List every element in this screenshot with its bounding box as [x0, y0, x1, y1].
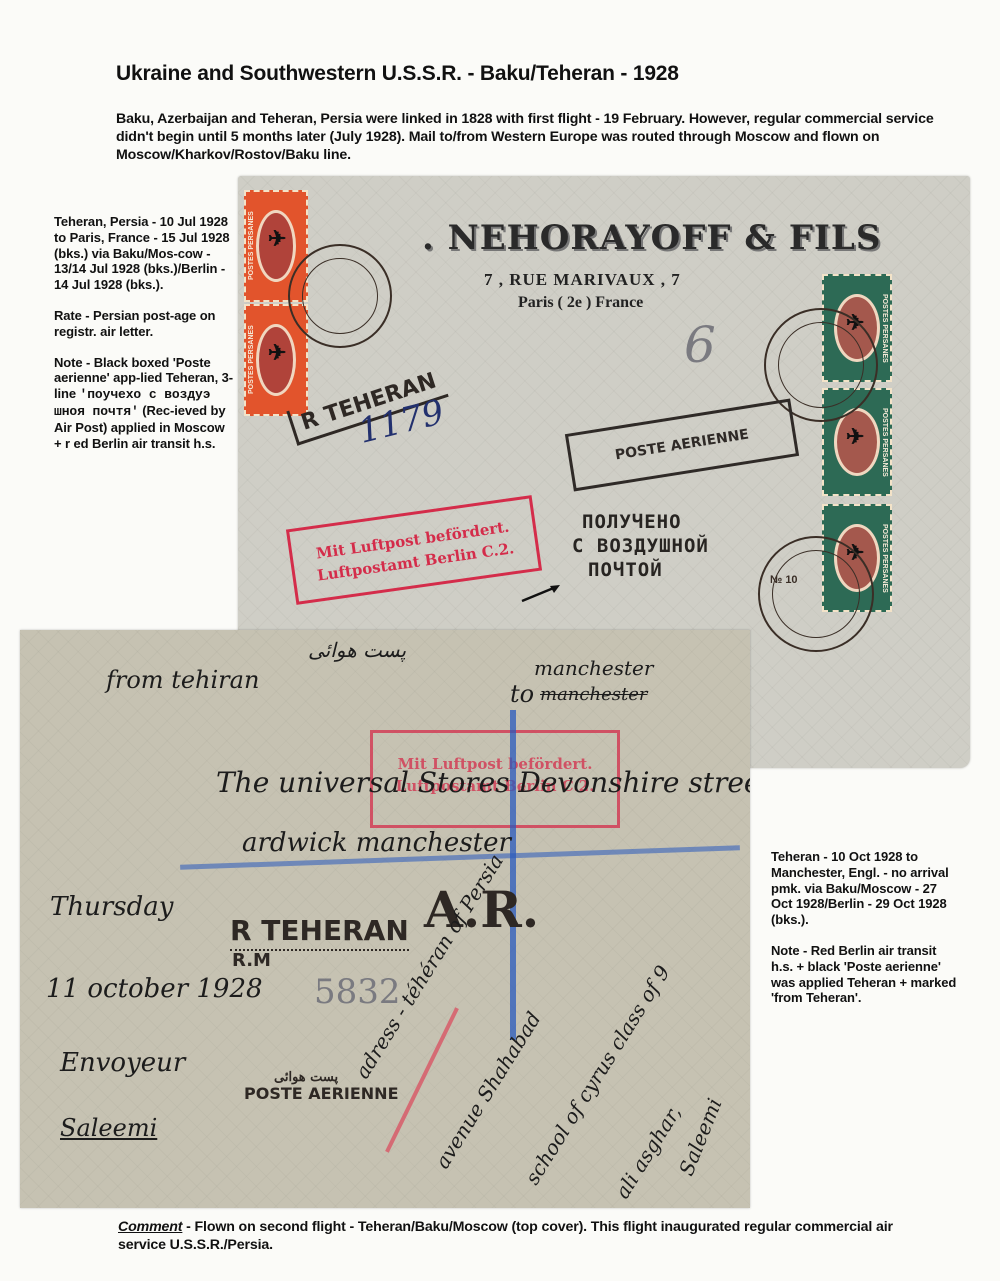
- address-line-2: Paris ( 2e ) France: [518, 294, 643, 312]
- to-label: to: [510, 680, 534, 708]
- postmark-number: № 10: [770, 574, 798, 586]
- day-label: Thursday: [50, 892, 173, 922]
- date-label: 11 october 1928: [46, 974, 263, 1004]
- comment: Comment - Flown on second flight - Teher…: [118, 1218, 918, 1254]
- stamp-label: POSTES PERSANES: [248, 198, 255, 294]
- addressee-line-1: The universal Stores Devonshire street.: [216, 766, 750, 799]
- stamp-label: POSTES PERSANES: [248, 312, 255, 408]
- page-title: Ukraine and Southwestern U.S.S.R. - Baku…: [116, 62, 679, 86]
- destination-struck: manchester: [540, 684, 647, 705]
- cyrillic-handstamp: ПОЛУЧЕНО С ВОЗДУШНОЙ ПОЧТОЙ: [572, 510, 709, 582]
- top-cover-route: Teheran, Persia - 10 Jul 1928 to Paris, …: [54, 214, 234, 293]
- cyrillic-line-1: ПОЛУЧЕНО: [572, 510, 709, 534]
- comment-text: - Flown on second flight - Teheran/Baku/…: [118, 1219, 893, 1253]
- addressee-line-2: ardwick manchester: [242, 828, 511, 858]
- blue-crayon-vertical: [510, 710, 516, 1040]
- stamp-label: POSTES PERSANES: [881, 396, 888, 488]
- letterhead: . NEHORAYOFF & FILS: [422, 218, 881, 258]
- cyrillic-line-3: ПОЧТОЙ: [572, 558, 709, 582]
- manuscript-number: 6: [684, 316, 716, 374]
- registration-sub: R.M: [232, 950, 271, 971]
- cyrillic-line-2: С ВОЗДУШНОЙ: [572, 534, 709, 558]
- stamp-label: POSTES PERSANES: [881, 512, 888, 604]
- bottom-cover-note: Note - Red Berlin air transit h.s. + bla…: [771, 943, 961, 1006]
- registration-number: 5832: [314, 972, 401, 1012]
- poste-aerienne-box: POSTE AERIENNE: [565, 399, 799, 492]
- registration-text: R TEHERAN: [230, 914, 409, 947]
- top-cover-rate: Rate - Persian post-age on registr. air …: [54, 308, 234, 340]
- left-notes: Teheran, Persia - 10 Jul 1928 to Paris, …: [54, 214, 234, 466]
- from-label: from tehiran: [106, 666, 259, 694]
- overprint-glyph: ✈: [846, 424, 864, 450]
- comment-label: Comment: [118, 1219, 182, 1235]
- top-cover-note: Note - Black boxed 'Poste aerienne' app-…: [54, 355, 234, 452]
- sender-label: Envoyeur: [60, 1048, 185, 1078]
- sender-name: Saleemi: [60, 1114, 157, 1142]
- poste-aerienne-handstamp: پست هوائی POSTE AERIENNE: [244, 1070, 399, 1102]
- postmark-teheran-right-bottom: № 10: [758, 536, 874, 652]
- return-address-line-5: Saleemi: [674, 1095, 727, 1179]
- overprint-glyph: ✈: [268, 340, 286, 366]
- postmark-teheran-left: [288, 244, 392, 348]
- stamp-label: POSTES PERSANES: [881, 282, 888, 374]
- return-address-line-4: ali asghar,: [610, 1101, 686, 1202]
- berlin-transit-handstamp: Mit Luftpost befördert. Luftpostamt Berl…: [286, 495, 542, 605]
- registration-label: R TEHERAN: [230, 914, 409, 951]
- bottom-cover-route: Teheran - 10 Oct 1928 to Manchester, Eng…: [771, 849, 961, 928]
- bottom-cover: from tehiran پست هوائی to manchester man…: [20, 630, 750, 1208]
- overprint-glyph: ✈: [268, 226, 286, 252]
- destination-corrected: manchester: [534, 656, 653, 680]
- arrow-icon: [520, 582, 562, 604]
- persian-script: پست هوائی: [308, 638, 406, 662]
- address-line-1: 7 , RUE MARIVAUX , 7: [484, 270, 681, 290]
- intro-paragraph: Baku, Azerbaijan and Teheran, Persia wer…: [116, 110, 936, 164]
- right-notes: Teheran - 10 Oct 1928 to Manchester, Eng…: [771, 849, 961, 1021]
- poste-aerienne-text: POSTE AERIENNE: [244, 1086, 399, 1102]
